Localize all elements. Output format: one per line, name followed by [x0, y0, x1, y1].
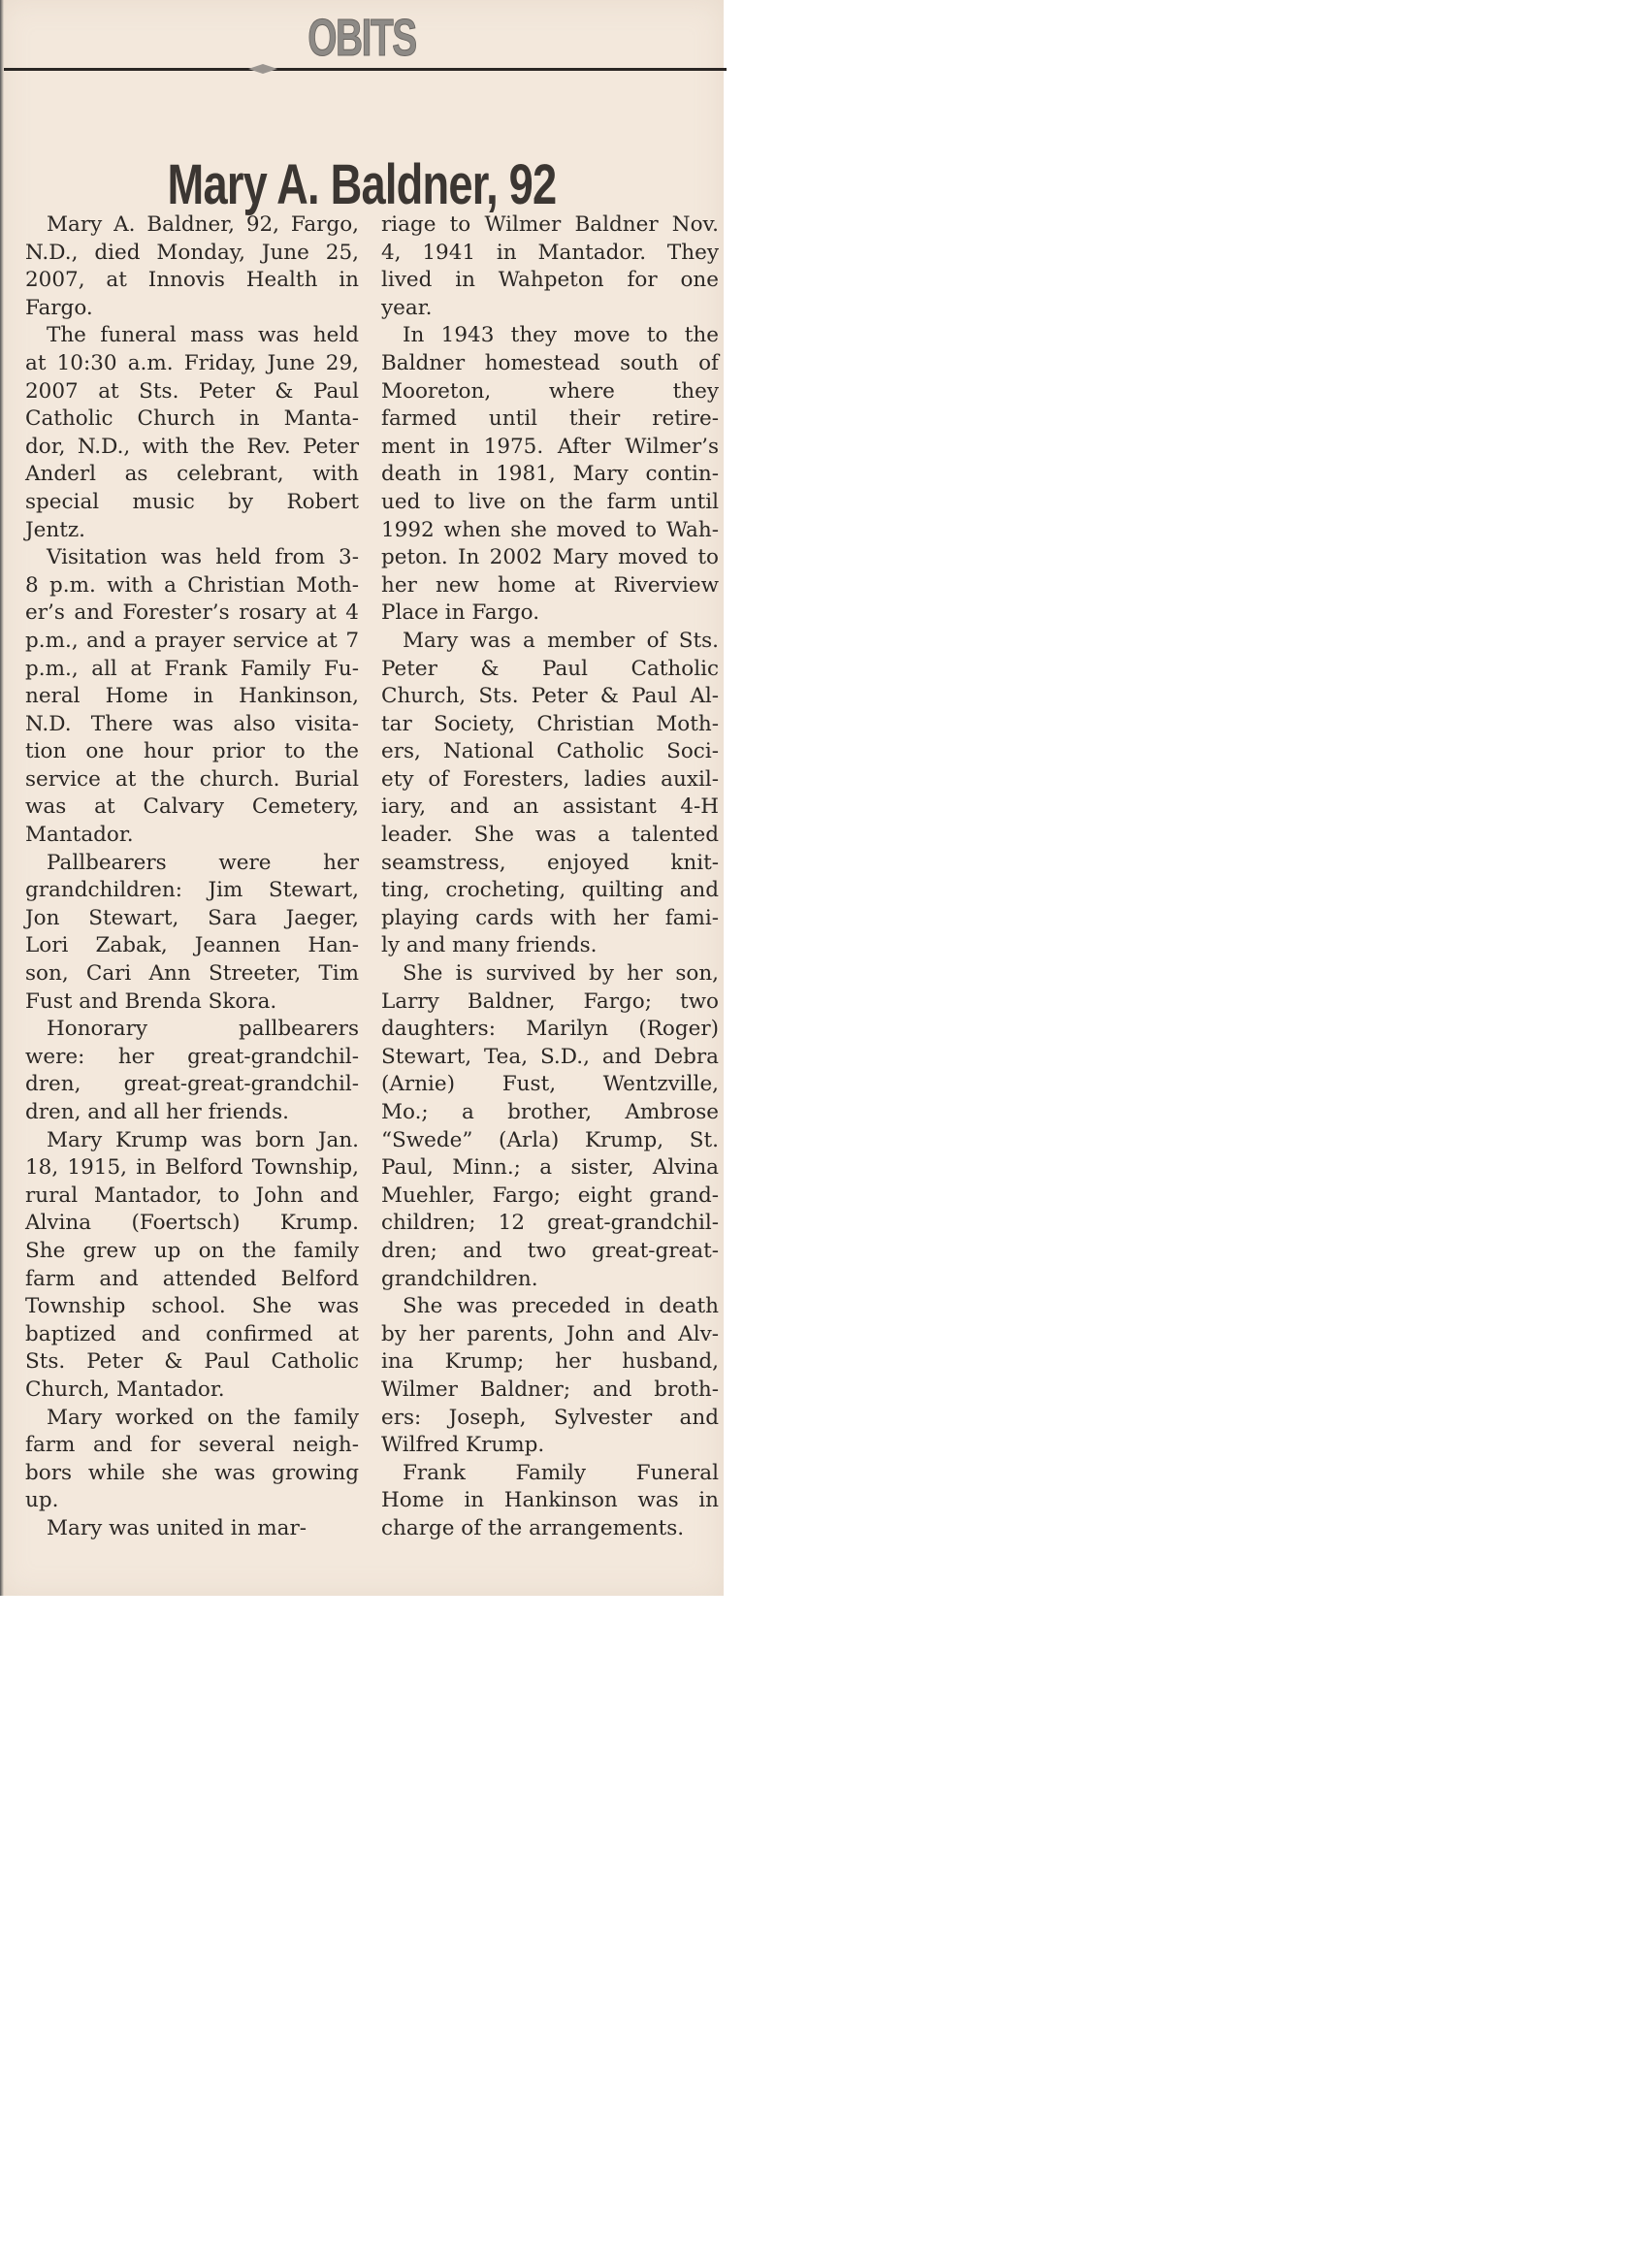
text-line: ers, National Catholic Soci- [381, 738, 719, 766]
text-line: 18, 1915, in Belford Township, [25, 1154, 359, 1183]
text-line: ly and many friends. [381, 932, 719, 960]
text-line: son, Cari Ann Streeter, Tim [25, 960, 359, 988]
article-paragraph: Mary was a member of Sts.Peter & Paul Ca… [381, 628, 719, 960]
text-line: leader. She was a talented [381, 822, 719, 850]
newspaper-clipping: OBITS Mary A. Baldner, 92 Mary A. Baldne… [0, 0, 724, 1596]
text-line: daughters: Marilyn (Roger) [381, 1016, 719, 1044]
text-line: up. [25, 1487, 359, 1515]
text-line: Wilmer Baldner; and broth- [381, 1377, 719, 1405]
article-paragraph: Mary A. Baldner, 92, Fargo,N.D., died Mo… [25, 211, 359, 322]
text-line: Mary worked on the family [25, 1405, 359, 1433]
text-line: peton. In 2002 Mary moved to [381, 544, 719, 572]
text-line: Fargo. [25, 295, 359, 323]
text-line: Frank Family Funeral [381, 1460, 719, 1488]
text-line: Mary A. Baldner, 92, Fargo, [25, 211, 359, 240]
text-line: Wilfred Krump. [381, 1432, 719, 1460]
text-line: ers: Joseph, Sylvester and [381, 1405, 719, 1433]
text-line: Visitation was held from 3- [25, 544, 359, 572]
text-line: tar Society, Christian Moth- [381, 711, 719, 739]
text-line: In 1943 they move to the [381, 322, 719, 350]
text-line: Honorary pallbearers [25, 1016, 359, 1044]
article-paragraph: The funeral mass was heldat 10:30 a.m. F… [25, 322, 359, 544]
text-line: bors while she was growing [25, 1460, 359, 1488]
text-line: Home in Hankinson was in [381, 1487, 719, 1515]
text-line: at 10:30 a.m. Friday, June 29, [25, 350, 359, 378]
text-line: year. [381, 295, 719, 323]
text-line: dor, N.D., with the Rev. Peter [25, 434, 359, 462]
text-line: Catholic Church in Manta- [25, 405, 359, 434]
text-line: were: her great-grandchil- [25, 1044, 359, 1072]
text-line: ety of Foresters, ladies auxil- [381, 766, 719, 794]
text-line: was at Calvary Cemetery, [25, 794, 359, 822]
text-line: by her parents, John and Alv- [381, 1321, 719, 1349]
text-line: Paul, Minn.; a sister, Alvina [381, 1154, 719, 1183]
text-line: tion one hour prior to the [25, 738, 359, 766]
text-line: Anderl as celebrant, with [25, 461, 359, 489]
article-paragraph: Mary worked on the familyfarm and for se… [25, 1405, 359, 1515]
text-line: special music by Robert [25, 489, 359, 517]
text-line: 4, 1941 in Mantador. They [381, 240, 719, 268]
text-line: Larry Baldner, Fargo; two [381, 988, 719, 1017]
text-line: Mary Krump was born Jan. [25, 1127, 359, 1155]
text-line: charge of the arrangements. [381, 1515, 719, 1543]
text-line: ting, crocheting, quilting and [381, 877, 719, 905]
text-line: farmed until their retire- [381, 405, 719, 434]
text-line: Township school. She was [25, 1293, 359, 1321]
text-line: 8 p.m. with a Christian Moth- [25, 572, 359, 600]
text-line: (Arnie) Fust, Wentzville, [381, 1071, 719, 1099]
text-line: Fust and Brenda Skora. [25, 988, 359, 1017]
text-line: death in 1981, Mary contin- [381, 461, 719, 489]
article-paragraph: She was preceded in deathby her parents,… [381, 1293, 719, 1460]
text-line: 2007, at Innovis Health in [25, 267, 359, 295]
text-line: seamstress, enjoyed knit- [381, 850, 719, 878]
text-line: She was preceded in death [381, 1293, 719, 1321]
text-line: Sts. Peter & Paul Catholic [25, 1348, 359, 1377]
text-line: neral Home in Hankinson, [25, 683, 359, 711]
article-column-right: riage to Wilmer Baldner Nov.4, 1941 in M… [381, 211, 719, 1543]
text-line: riage to Wilmer Baldner Nov. [381, 211, 719, 240]
text-line: playing cards with her fami- [381, 905, 719, 933]
article-paragraph: Pallbearers were hergrandchildren: Jim S… [25, 850, 359, 1017]
text-line: ued to live on the farm until [381, 489, 719, 517]
text-line: N.D., died Monday, June 25, [25, 240, 359, 268]
text-line: She grew up on the family [25, 1238, 359, 1266]
text-line: dren, great-great-grandchil- [25, 1071, 359, 1099]
text-line: Church, Mantador. [25, 1377, 359, 1405]
text-line: Jon Stewart, Sara Jaeger, [25, 905, 359, 933]
article-paragraph: Mary was united in mar- [25, 1515, 359, 1543]
text-line: Mantador. [25, 822, 359, 850]
text-line: er’s and Forester’s rosary at 4 [25, 599, 359, 628]
text-line: Baldner homestead south of [381, 350, 719, 378]
text-line: Mo.; a brother, Ambrose [381, 1099, 719, 1127]
article-column-left: Mary A. Baldner, 92, Fargo,N.D., died Mo… [25, 211, 359, 1543]
text-line: lived in Wahpeton for one [381, 267, 719, 295]
text-line: rural Mantador, to John and [25, 1183, 359, 1211]
text-line: iary, and an assistant 4-H [381, 794, 719, 822]
text-line: baptized and confirmed at [25, 1321, 359, 1349]
text-line: The funeral mass was held [25, 322, 359, 350]
text-line: 2007 at Sts. Peter & Paul [25, 378, 359, 406]
text-line: Church, Sts. Peter & Paul Al- [381, 683, 719, 711]
text-line: Stewart, Tea, S.D., and Debra [381, 1044, 719, 1072]
text-line: ment in 1975. After Wilmer’s [381, 434, 719, 462]
article-paragraph: In 1943 they move to theBaldner homestea… [381, 322, 719, 628]
text-line: grandchildren. [381, 1266, 719, 1294]
article-paragraph: Frank Family FuneralHome in Hankinson wa… [381, 1460, 719, 1543]
text-line: Alvina (Foertsch) Krump. [25, 1210, 359, 1238]
rule-diamond-ornament [248, 64, 277, 74]
text-line: children; 12 great-grandchil- [381, 1210, 719, 1238]
text-line: dren; and two great-great- [381, 1238, 719, 1266]
text-line: service at the church. Burial [25, 766, 359, 794]
text-line: Lori Zabak, Jeannen Han- [25, 932, 359, 960]
text-line: She is survived by her son, [381, 960, 719, 988]
obituary-headline: Mary A. Baldner, 92 [80, 152, 644, 217]
article-paragraph: Honorary pallbearerswere: her great-gran… [25, 1016, 359, 1126]
article-paragraph: riage to Wilmer Baldner Nov.4, 1941 in M… [381, 211, 719, 322]
text-line: grandchildren: Jim Stewart, [25, 877, 359, 905]
text-line: N.D. There was also visita- [25, 711, 359, 739]
text-line: p.m., and a prayer service at 7 [25, 628, 359, 656]
text-line: p.m., all at Frank Family Fu- [25, 656, 359, 684]
text-line: her new home at Riverview [381, 572, 719, 600]
text-line: Pallbearers were her [25, 850, 359, 878]
text-line: Jentz. [25, 517, 359, 545]
text-line: 1992 when she moved to Wah- [381, 517, 719, 545]
article-paragraph: Mary Krump was born Jan.18, 1915, in Bel… [25, 1127, 359, 1405]
text-line: farm and for several neigh- [25, 1432, 359, 1460]
text-line: Peter & Paul Catholic [381, 656, 719, 684]
text-line: Mary was a member of Sts. [381, 628, 719, 656]
article-paragraph: Visitation was held from 3-8 p.m. with a… [25, 544, 359, 850]
text-line: Mooreton, where they [381, 378, 719, 406]
text-line: “Swede” (Arla) Krump, St. [381, 1127, 719, 1155]
text-line: farm and attended Belford [25, 1266, 359, 1294]
article-paragraph: She is survived by her son,Larry Baldner… [381, 960, 719, 1293]
text-line: Muehler, Fargo; eight grand- [381, 1183, 719, 1211]
text-line: Place in Fargo. [381, 599, 719, 628]
text-line: Mary was united in mar- [25, 1515, 359, 1543]
text-line: dren, and all her friends. [25, 1099, 359, 1127]
text-line: ina Krump; her husband, [381, 1348, 719, 1377]
